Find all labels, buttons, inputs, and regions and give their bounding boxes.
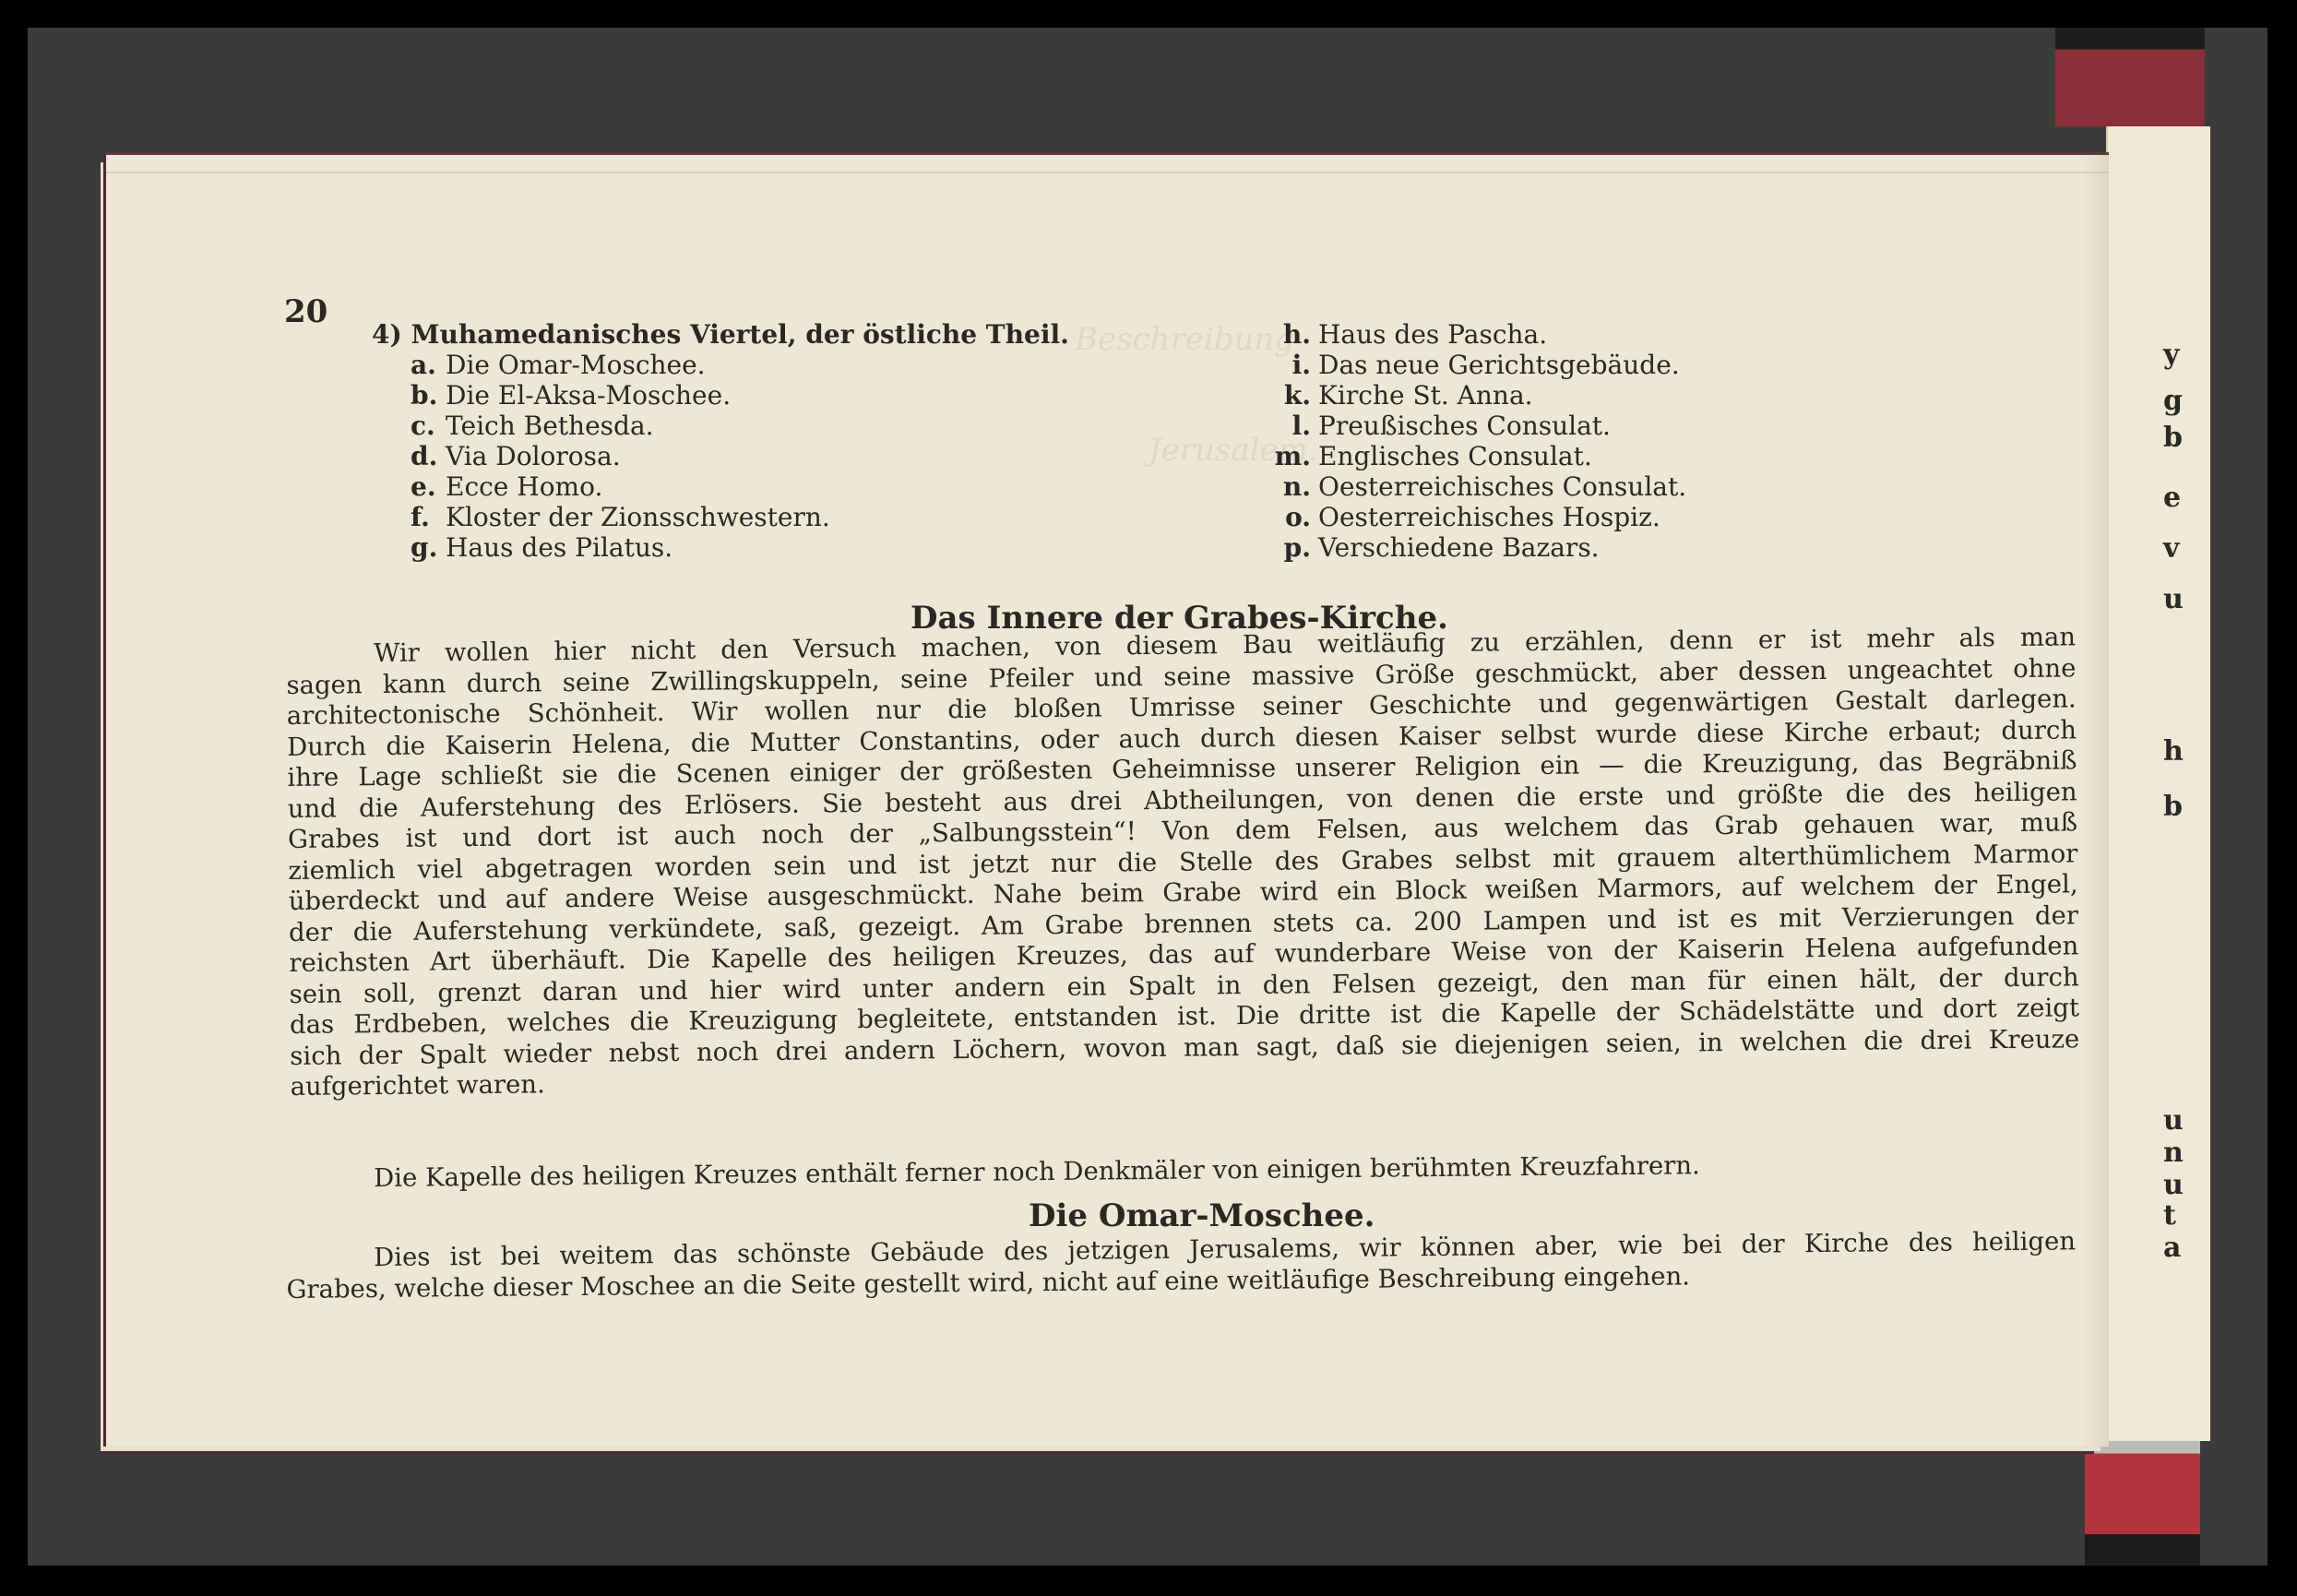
edge-letter: b [2163,791,2183,823]
edge-letter: a [2163,1232,2181,1264]
edge-letter: u [2163,1169,2184,1201]
list-item: o.Oesterreichisches Hospiz. [1270,502,1686,532]
book-spine-top [2055,28,2205,126]
item-letter: a. [411,350,446,380]
edge-letter: v [2163,532,2179,565]
quarter-list-left: 4) Muhamedanisches Viertel, der östliche… [375,319,1069,563]
item-letter: p. [1270,532,1311,563]
bleed-through-text: Beschreibung [1075,321,1294,358]
page-number: 20 [284,293,327,330]
list-item: i.Das neue Gerichtsgebäude. [1270,350,1686,380]
item-text: Kloster der Zionsschwestern. [446,502,830,532]
item-text: Verschiedene Bazars. [1318,532,1600,563]
edge-letter: t [2163,1199,2176,1232]
list-item: g.Haus des Pilatus. [375,532,1069,563]
item-letter: c. [411,411,446,441]
list-item: k.Kirche St. Anna. [1270,380,1686,411]
list-item: e.Ecce Homo. [375,471,1069,502]
edge-letter: u [2163,583,2184,615]
item-letter: n. [1270,471,1311,502]
item-text: Englisches Consulat. [1318,441,1592,471]
item-text: Ecce Homo. [446,471,602,502]
item-text: Oesterreichisches Consulat. [1318,471,1686,502]
book-spine-bottom [2085,1441,2200,1566]
list-item: l.Preußisches Consulat. [1270,411,1686,441]
edge-letter: y [2163,339,2179,371]
edge-letter: g [2163,385,2183,417]
list-item: n.Oesterreichisches Consulat. [1270,471,1686,502]
list-item: f.Kloster der Zionsschwestern. [375,502,1069,532]
list-item: m.Englisches Consulat. [1270,441,1686,471]
paragraph-kapelle: Die Kapelle des heiligen Kreuzes enthält… [286,1147,2076,1195]
item-letter: b. [411,380,446,411]
item-letter: l. [1270,411,1311,441]
list-item: d.Via Dolorosa. [375,441,1069,471]
edge-letter: n [2163,1137,2184,1169]
item-letter: i. [1270,350,1311,380]
edge-letter: b [2163,422,2183,454]
edge-letter: e [2163,482,2181,514]
paragraph-grabeskirche: Wir wollen hier nicht den Versuch machen… [286,622,2080,1102]
item-text: Haus des Pascha. [1318,319,1547,350]
list-item: c.Teich Bethesda. [375,411,1069,441]
item-letter: o. [1270,502,1311,532]
item-text: Teich Bethesda. [446,411,654,441]
next-page-edge: y g b e v u h b u n u t a [2106,126,2210,1441]
text-line: Die Kapelle des heiligen Kreuzes enthält… [286,1150,1700,1194]
item-text: Via Dolorosa. [446,441,621,471]
page-fold [2081,155,2109,1447]
item-letter: k. [1270,380,1311,411]
item-letter: d. [411,441,446,471]
list-item: p.Verschiedene Bazars. [1270,532,1686,563]
paragraph-omar: Dies ist bei weitem das schönste Gebäude… [286,1226,2077,1305]
item-letter: e. [411,471,446,502]
book-page: Beschreibung Jerusalem. 20 4) Muhamedani… [103,152,2109,1447]
item-letter: g. [411,532,446,563]
item-text: Das neue Gerichtsgebäude. [1318,350,1680,380]
item-text: Die El-Aksa-Moschee. [446,380,731,411]
list-item: a.Die Omar-Moschee. [375,350,1069,380]
item-text: Oesterreichisches Hospiz. [1318,502,1660,532]
item-letter: f. [411,502,446,532]
item-text: Preußisches Consulat. [1318,411,1611,441]
list-item: h.Haus des Pascha. [1270,319,1686,350]
list-item: b.Die El-Aksa-Moschee. [375,380,1069,411]
quarter-list-right: h.Haus des Pascha. i.Das neue Gerichtsge… [1270,319,1686,563]
edge-letter: u [2163,1104,2184,1137]
item-text: Die Omar-Moschee. [446,350,706,380]
edge-letter: h [2163,735,2184,768]
item-text: Haus des Pilatus. [446,532,672,563]
section-heading-omar: Die Omar-Moschee. [1029,1197,1375,1234]
item-text: Kirche St. Anna. [1318,380,1533,411]
item-letter: m. [1270,441,1311,471]
section-heading: 4) Muhamedanisches Viertel, der östliche… [372,319,1069,350]
item-letter: h. [1270,319,1311,350]
